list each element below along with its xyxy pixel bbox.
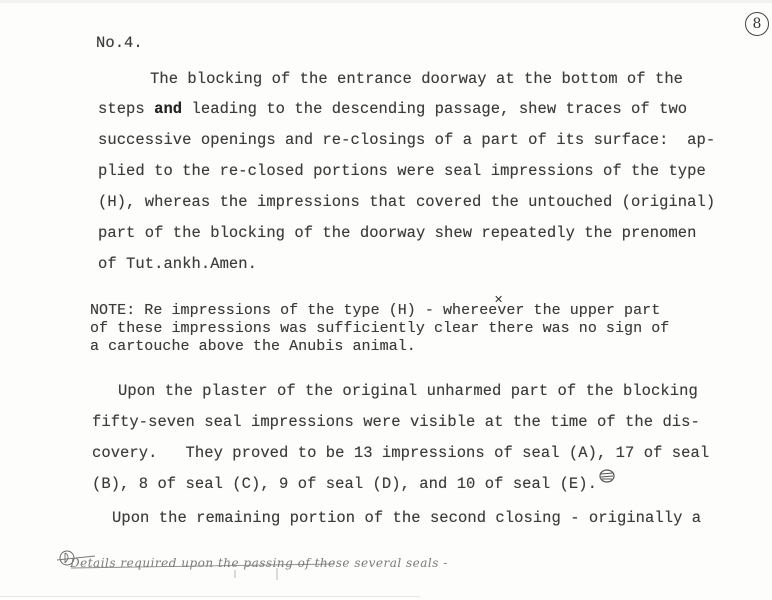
paragraph-2-line-3: covery. They proved to be 13 impressions… bbox=[92, 444, 709, 462]
document-page: 8 No.4. The blocking of the entrance doo… bbox=[0, 0, 772, 600]
note-line-2: of these impressions was sufficiently cl… bbox=[90, 320, 669, 337]
note-line-3: a cartouche above the Anubis animal. bbox=[90, 338, 416, 355]
text-segment: steps bbox=[98, 100, 154, 118]
page-number-circled: 8 bbox=[745, 12, 769, 36]
paragraph-1-line-5: (H), whereas the impressions that covere… bbox=[98, 193, 715, 211]
typewriter-correction-mark-icon: ✕ bbox=[494, 293, 503, 306]
ink-scribble-mark-icon bbox=[598, 468, 616, 484]
paragraph-2-line-1: Upon the plaster of the original unharme… bbox=[118, 382, 698, 400]
paragraph-2-line-2: fifty-seven seal impressions were visibl… bbox=[92, 413, 700, 431]
paragraph-2-line-4: (B), 8 of seal (C), 9 of seal (D), and 1… bbox=[92, 475, 597, 493]
scan-bottom-edge bbox=[0, 596, 420, 597]
paragraph-1-line-2: steps and leading to the descending pass… bbox=[98, 100, 687, 118]
note-line-1: NOTE: Re impressions of the type (H) - w… bbox=[90, 302, 660, 319]
overstruck-word: and bbox=[154, 100, 182, 118]
paragraph-1-line-7: of Tut.ankh.Amen. bbox=[98, 255, 257, 273]
handwritten-annotation-text: Details required upon the passing of the… bbox=[70, 556, 448, 570]
text-segment: leading to the descending passage, shew … bbox=[182, 100, 687, 118]
section-heading: No.4. bbox=[96, 34, 143, 52]
scan-edge bbox=[0, 0, 772, 3]
paragraph-3-line-1: Upon the remaining portion of the second… bbox=[112, 509, 701, 527]
paragraph-1-line-1: The blocking of the entrance doorway at … bbox=[150, 70, 683, 88]
paragraph-1-line-6: part of the blocking of the doorway shew… bbox=[98, 224, 697, 242]
paragraph-1-line-4: plied to the re-closed portions were sea… bbox=[98, 162, 706, 180]
paragraph-1-line-3: successive openings and re-closings of a… bbox=[98, 131, 715, 149]
